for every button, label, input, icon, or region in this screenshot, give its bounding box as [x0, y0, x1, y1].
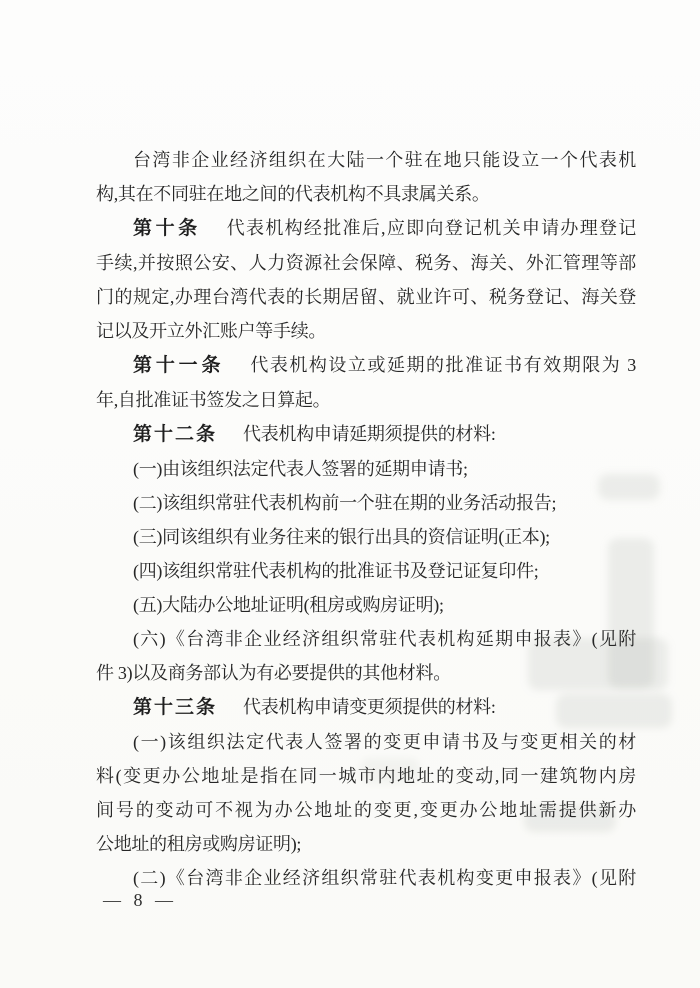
article-number: 第十二条	[133, 424, 217, 445]
body-line: 公地址的租房或购房证明);	[96, 827, 636, 861]
body-line: (一)由该组织法定代表人签署的延期申请书;	[96, 452, 636, 486]
document-body: 台湾非企业经济组织在大陆一个驻在地只能设立一个代表机 构,其在不同驻在地之间的代…	[96, 143, 636, 895]
body-line-text: 代表机构申请变更须提供的材料:	[243, 697, 496, 717]
body-line: 第十条代表机构经批准后,应即向登记机关申请办理登记	[96, 211, 636, 246]
body-line: (二)该组织常驻代表机构前一个驻在期的业务活动报告;	[96, 486, 636, 520]
body-line: 第十一条代表机构设立或延期的批准证书有效期限为 3	[96, 348, 636, 383]
body-line: (四)该组织常驻代表机构的批准证书及登记证复印件;	[96, 554, 636, 588]
body-line: 间号的变动可不视为办公地址的变更,变更办公地址需提供新办	[96, 793, 636, 827]
body-line: 手续,并按照公安、人力资源社会保障、税务、海关、外汇管理等部	[96, 246, 636, 280]
body-line-text: 代表机构经批准后,应即向登记机关申请办理登记	[227, 218, 636, 238]
scanned-document-page: 台湾非企业经济组织在大陆一个驻在地只能设立一个代表机 构,其在不同驻在地之间的代…	[0, 0, 700, 988]
body-line: 构,其在不同驻在地之间的代表机构不具隶属关系。	[96, 177, 636, 211]
body-line-text: 代表机构申请延期须提供的材料:	[243, 424, 496, 444]
body-line: 年,自批准证书签发之日算起。	[96, 383, 636, 417]
body-line: 台湾非企业经济组织在大陆一个驻在地只能设立一个代表机	[96, 143, 636, 177]
body-line-text: 代表机构设立或延期的批准证书有效期限为 3	[250, 355, 636, 375]
body-line: 门的规定,办理台湾代表的长期居留、就业许可、税务登记、海关登	[96, 280, 636, 314]
body-line: 料(变更办公地址是指在同一城市内地址的变动,同一建筑物内房	[96, 759, 636, 793]
body-line: (二)《台湾非企业经济组织常驻代表机构变更申报表》(见附	[96, 861, 636, 895]
body-line: 件 3)以及商务部认为有必要提供的其他材料。	[96, 656, 636, 690]
body-line: (一)该组织法定代表人签署的变更申请书及与变更相关的材	[96, 725, 636, 759]
body-line: (六)《台湾非企业经济组织常驻代表机构延期申报表》(见附	[96, 622, 636, 656]
article-number: 第十一条	[133, 355, 224, 376]
body-line: 记以及开立外汇账户等手续。	[96, 314, 636, 348]
body-line: 第十三条代表机构申请变更须提供的材料:	[96, 690, 636, 725]
page-number: — 8 —	[103, 890, 174, 910]
article-number: 第十三条	[133, 697, 217, 718]
article-number: 第十条	[133, 218, 201, 239]
page-number-footer: — 8 —	[103, 890, 174, 911]
body-line: 第十二条代表机构申请延期须提供的材料:	[96, 417, 636, 452]
body-line: (五)大陆办公地址证明(租房或购房证明);	[96, 588, 636, 622]
body-line: (三)同该组织有业务往来的银行出具的资信证明(正本);	[96, 520, 636, 554]
